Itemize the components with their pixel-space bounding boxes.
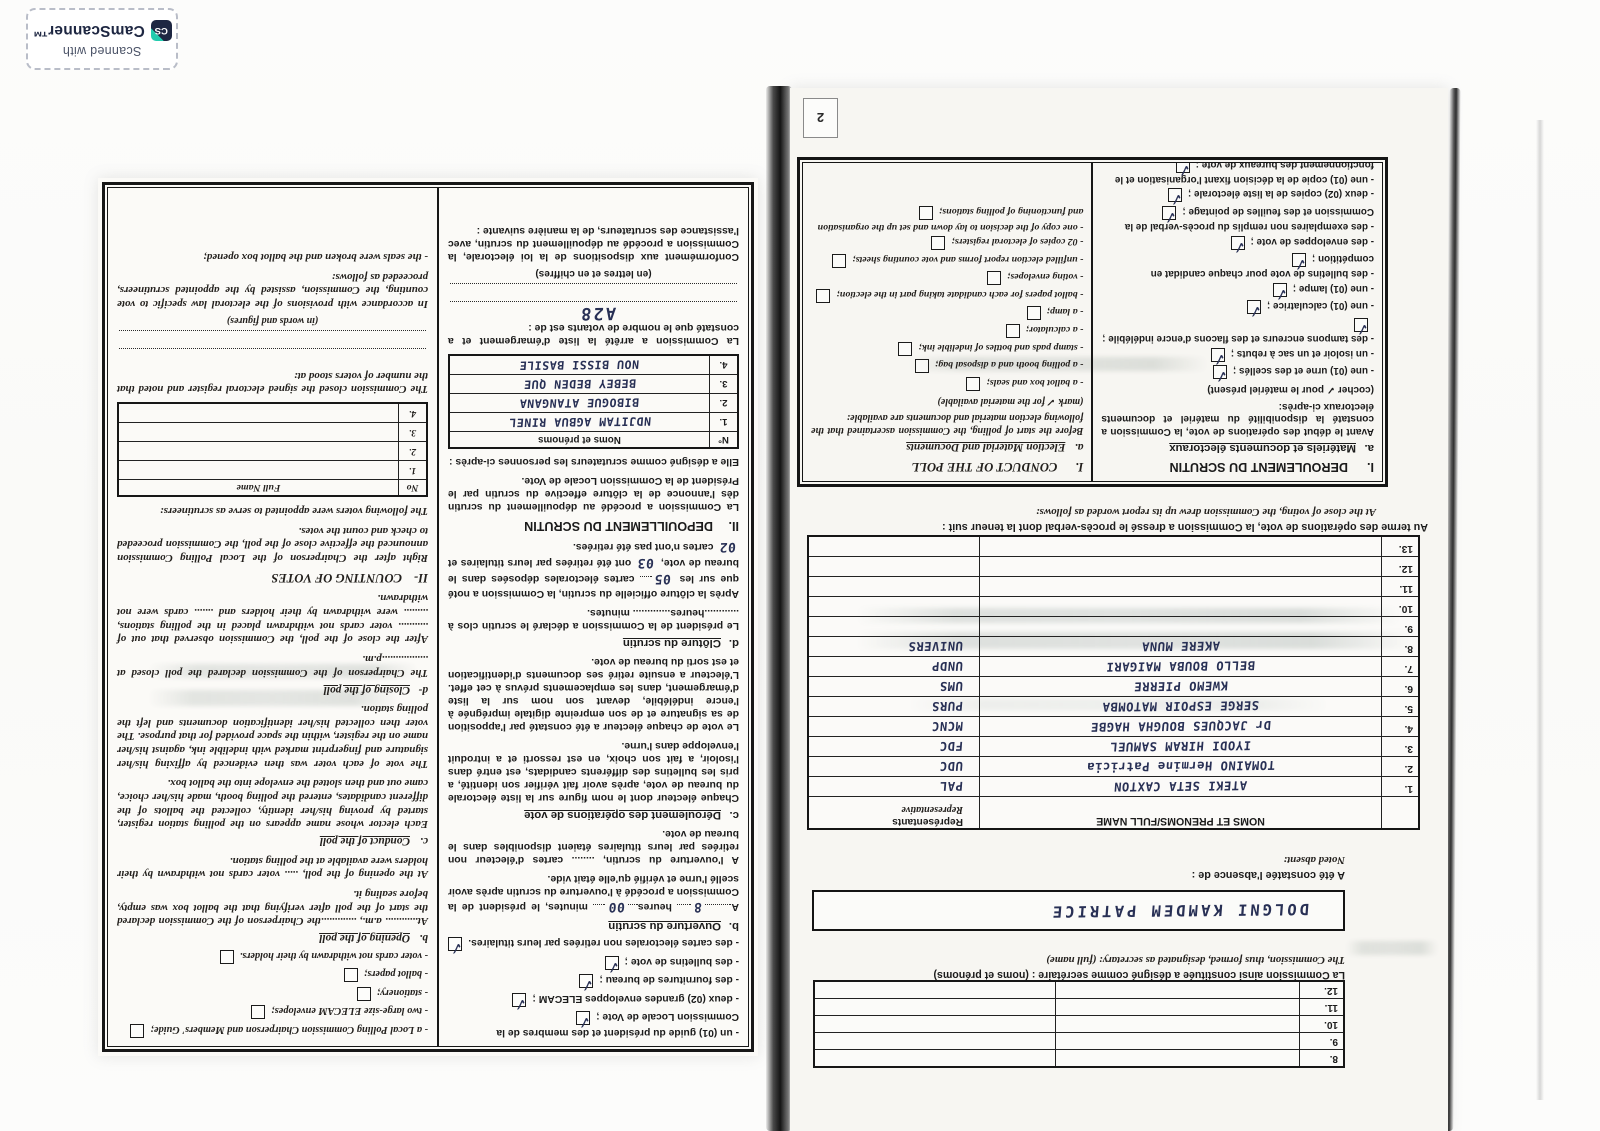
dotted-blank-line xyxy=(450,283,737,297)
section-2-header-fr: II.DEPOUILLEMENT DU SCRUTIN xyxy=(448,519,739,533)
table-row: 1. xyxy=(119,461,426,480)
paragraph: At the opening of the poll, ..... voter … xyxy=(117,853,428,880)
checkbox-checked: ✓ xyxy=(605,956,619,970)
blank xyxy=(593,904,605,914)
watermark-brand: CamScanner™ xyxy=(32,22,144,40)
page-2: 8. 9. 10. 11. 12. La Commission ainsi co… xyxy=(790,88,1448,1131)
blank xyxy=(640,576,652,586)
checkbox-empty xyxy=(915,359,929,373)
table-row: 13. xyxy=(809,537,1418,557)
checkbox-empty xyxy=(919,207,933,221)
item-label: - des enveloppes de vote ; xyxy=(1251,236,1374,247)
checkbox-empty xyxy=(1006,324,1020,338)
handwritten-party: FDC xyxy=(939,737,964,754)
tick-icon: ✓ xyxy=(1292,254,1309,276)
secretary-line-en: The Commission, thus formed, designated … xyxy=(800,954,1345,966)
item-label: - des bulletins de vote pour chaque cand… xyxy=(1151,253,1374,279)
table-row: 3. xyxy=(119,423,426,442)
paragraph: Conformément aux dispositions de la loi … xyxy=(448,224,739,263)
mark-note-fr: (cocher ✓ pour le matériel présent) xyxy=(1101,384,1374,395)
paragraph: Le président de la Commission a déclaré … xyxy=(448,606,739,632)
paragraph: Right after the Chairperson of the Local… xyxy=(117,523,428,564)
page-3: - un (01) guide du président et des memb… xyxy=(98,178,758,1056)
checkbox-checked: ✓ xyxy=(1247,300,1261,314)
item-label: - des bulletins de vote ; xyxy=(625,956,739,967)
handwritten-party: PURS xyxy=(931,697,964,714)
table-row: 1.NDJITAM AGBUA RINEL xyxy=(450,413,737,432)
table-row: 5.SERGE ESPOIR MATOMBAPURS xyxy=(809,697,1418,717)
tick-icon: ✓ xyxy=(576,1012,593,1034)
handwritten-name: NDJITAM AGBUA RINEL xyxy=(508,414,651,429)
page3-french-column: - un (01) guide du président et des memb… xyxy=(437,188,748,1046)
item-label: - deux (02) copies de la liste électoral… xyxy=(1188,188,1374,199)
blank xyxy=(677,904,691,914)
checkbox-checked: ✓ xyxy=(1211,348,1225,362)
item-label: - stamp pads and bottles of indelible in… xyxy=(918,342,1083,353)
paragraph: The following voters were appointed to s… xyxy=(117,503,428,517)
handwritten-03: 03 xyxy=(637,554,655,570)
table-row: 2.TOMAINO Hermine PatriciaUDC xyxy=(809,757,1418,777)
section1-french-column: I.DEROULEMENT DU SCRUTIN a.Matériels et … xyxy=(1091,163,1382,481)
paragraph: La Commission a procédé au dépouillement… xyxy=(448,474,739,513)
checkbox-item: - 02 copies of electoral registers; xyxy=(811,235,1083,250)
tick-icon: ✓ xyxy=(605,956,622,978)
checkbox-item: - a lamp; xyxy=(811,305,1083,320)
column-header-representative: Représentants Representative xyxy=(809,797,979,828)
checkbox-item: - des tampons encreurs et des flacons d'… xyxy=(1101,317,1374,344)
checkbox-item: - des exemplaires non remplis du procès-… xyxy=(1101,205,1374,232)
table-row: 12. xyxy=(815,982,1343,999)
checkbox-item: - voting envelopes; xyxy=(811,270,1083,285)
dotted-blank-line: A28 xyxy=(450,301,737,315)
report-intro-en: At the close of voting, the Commission d… xyxy=(816,506,1376,518)
checkbox-empty xyxy=(357,987,371,1001)
item-label: - a ballot box and seals; xyxy=(987,377,1084,388)
paper-edge-shadow xyxy=(1536,120,1544,1100)
checkbox-item: - two large-size ELECAM envelopes; xyxy=(117,1004,428,1020)
checkbox-empty xyxy=(987,271,1001,285)
paragraph: Le vote de chaque électeur a été constat… xyxy=(448,655,739,733)
page3-english-column: - a Local Polling Commission Chairperson… xyxy=(108,188,437,1046)
dotted-blank-line xyxy=(119,348,426,362)
mark-note-en: (mark ✓ for the material available) xyxy=(811,396,1083,407)
checkbox-empty xyxy=(832,254,846,268)
paragraph: At............ a.m., .............the Ch… xyxy=(117,886,428,927)
checkbox-checked: ✓ xyxy=(1168,188,1182,202)
table-row: 4. xyxy=(119,404,426,423)
handwritten-name: SERGE ESPOIR MATOMBA xyxy=(1101,696,1259,715)
page-fold-shadow xyxy=(766,86,792,1131)
table-row: 9. xyxy=(809,617,1418,637)
page-number: 2 xyxy=(803,98,838,138)
handwritten-secretary-name: DOLGNI KAMDEM PATRICE xyxy=(1048,889,1344,930)
paragraph: La Commission a arrêté la liste d'émarge… xyxy=(448,321,739,347)
item-label: - des cartes électorales non retirées pa… xyxy=(468,937,739,948)
table-row: 8. xyxy=(815,1050,1343,1066)
paragraph: Elle a désigné comme scrutateurs les per… xyxy=(448,455,739,468)
handwritten-voter-count: A28 xyxy=(579,303,617,323)
table-row: 11. xyxy=(815,999,1343,1016)
table-row: 2.BIBOGUE ATANGANA xyxy=(450,394,737,413)
table-row: 4.NOU BISSI BASILE xyxy=(450,356,737,375)
item-label: - voting envelopes; xyxy=(1007,271,1083,282)
handwritten-name: Dr JACQUES BOUGHA HAGBE xyxy=(1090,716,1272,735)
item-label: - unfilled election report forms and vot… xyxy=(852,254,1083,265)
checkbox-empty xyxy=(130,1024,144,1038)
paragraph: A l'ouverture du scrutin, ........ carte… xyxy=(448,827,739,866)
table-row: 11. xyxy=(809,577,1418,597)
paragraph: Before the start of polling, the Commiss… xyxy=(811,411,1083,436)
table-row: 10. xyxy=(809,597,1418,617)
item-label: - 02 copies of electoral registers; xyxy=(951,236,1083,247)
checkbox-item: - unfilled election report forms and vot… xyxy=(811,253,1083,268)
checkbox-item: - une (01) lampe ;✓ xyxy=(1101,282,1374,297)
checkbox-checked: ✓ xyxy=(576,1011,590,1025)
handwritten-name: BIBOGUE ATANGANA xyxy=(519,395,640,410)
tick-icon: ✓ xyxy=(579,975,596,997)
commission-members-table: 8. 9. 10. 11. 12. xyxy=(813,980,1345,1068)
item-label: - a polling booth and a disposal bag; xyxy=(935,359,1083,370)
paragraph: - the seals were broken and the ballot b… xyxy=(117,250,428,264)
handwritten-party: MCNC xyxy=(931,717,964,734)
handwritten-name: BEBEY BEDEN QUE xyxy=(523,376,636,391)
tick-icon: ✓ xyxy=(1168,189,1185,211)
paragraph: Avant le début des opérations de vote, l… xyxy=(1101,399,1374,437)
checkbox-checked: ✓ xyxy=(579,974,593,988)
paragraph: In accordance with provisions of the ele… xyxy=(117,269,428,310)
secretary-name-box: DOLGNI KAMDEM PATRICE xyxy=(812,890,1345,931)
item-label: - deux (02) grandes enveloppes ELECAM ; xyxy=(532,993,739,1004)
paragraph: The Commission closed the signed elector… xyxy=(117,368,428,395)
section-1a-header-fr: a.Matériels et documents électoraux xyxy=(1101,442,1374,454)
checkbox-item: - stamp pads and bottles of indelible in… xyxy=(811,341,1083,356)
tick-icon: ✓ xyxy=(1273,283,1290,305)
camscanner-watermark: Scanned with CS CamScanner™ xyxy=(26,8,178,70)
table-row: 6.KWEMO PIERREUMS xyxy=(809,677,1418,697)
tick-icon: ✓ xyxy=(1211,348,1228,370)
table-row: 4.Dr JACQUES BOUGHA HAGBEMCNC xyxy=(809,717,1418,737)
checkbox-empty xyxy=(220,950,234,964)
tick-icon: ✓ xyxy=(448,938,465,960)
handwritten-name: TOMAINO Hermine Patricia xyxy=(1086,756,1276,775)
item-label: - ballot papers for each candidate takin… xyxy=(836,289,1083,300)
table-row: 12. xyxy=(809,557,1418,577)
item-label: - des tampons encreurs et des flacons d'… xyxy=(1102,333,1374,344)
item-label: - un (01) guide du président et des memb… xyxy=(496,1011,739,1038)
item-label: - two large-size ELECAM envelopes; xyxy=(271,1005,428,1016)
checkbox-checked: ✓ xyxy=(1231,236,1245,250)
secretary-line-fr: La Commission ainsi constituée a désigné… xyxy=(800,969,1345,981)
checkbox-checked: ✓ xyxy=(1176,163,1190,173)
item-label: - des fournitures de bureau ; xyxy=(599,974,739,985)
scrutineers-table-en: NoFull Name 1. 2. 3. 4. xyxy=(117,402,428,497)
note: (in words and figures) xyxy=(117,315,428,326)
item-label: - stationery; xyxy=(377,987,428,998)
checkbox-empty xyxy=(967,377,981,391)
scrutineers-table-fr: N°Noms et prénoms 1.NDJITAM AGBUA RINEL … xyxy=(448,354,739,449)
checkbox-item: - une (01) copie de la décision fixant l… xyxy=(1101,163,1374,185)
paragraph: Each elector whose name appears on the p… xyxy=(117,776,428,831)
tick-icon: ✓ xyxy=(512,993,529,1015)
checkbox-item: - deux (02) copies de la liste électoral… xyxy=(1101,187,1374,202)
tick-icon: ✓ xyxy=(1176,163,1193,181)
handwritten-party: UDC xyxy=(939,757,964,774)
checkbox-checked: ✓ xyxy=(1292,253,1306,267)
handwritten-name: BELLO BOUBA MAIGARI xyxy=(1105,656,1255,675)
section1-english-column: I.CONDUCT OF THE POLL a.Election Materia… xyxy=(803,163,1091,481)
checkbox-item: - stationery; xyxy=(117,985,428,1001)
section-c-header-en: c.Conduct of the poll xyxy=(117,835,428,847)
handwritten-name: IYODI HIRAM SAMUEL xyxy=(1109,736,1252,754)
checkbox-item: - voter cards not withdrawn by their hol… xyxy=(117,948,428,964)
checkbox-item: - des bulletins de vote ;✓ xyxy=(448,954,739,970)
checkbox-item: - a calculator; xyxy=(811,323,1083,338)
checkbox-item: - a Local Polling Commission Chairperson… xyxy=(117,1022,428,1038)
checkbox-item: - one copy of the decision to lay down a… xyxy=(811,205,1083,232)
table-row: 7.BELLO BOUBA MAIGARIUNDP xyxy=(809,657,1418,677)
blank xyxy=(628,904,638,914)
handwritten-name: ATEKI SETA CAXTON xyxy=(1113,776,1248,794)
section-c-header-fr: c.Déroulement des opérations de vote xyxy=(448,809,739,821)
checkbox-item: - un isoloir et un sac à rebuts ;✓ xyxy=(1101,347,1374,362)
tick-icon: ✓ xyxy=(1354,318,1371,340)
handwritten-party: PAL xyxy=(939,777,964,794)
section-1-header-en: I.CONDUCT OF THE POLL xyxy=(811,459,1083,474)
column-header-fullname: NOMS ET PRENOMS/FULL NAME xyxy=(979,797,1381,828)
table-row: 10. xyxy=(815,1016,1343,1033)
section-d-header-en: d-Closing of the poll xyxy=(117,684,428,696)
paragraph: The Chairperson of the Commission declar… xyxy=(117,651,428,678)
handwritten-party: UNIVERS xyxy=(907,637,963,655)
page-3-border: - un (01) guide du président et des memb… xyxy=(102,182,754,1052)
table-row: 3.IYODI HIRAM SAMUELFDC xyxy=(809,737,1418,757)
checkbox-checked: ✓ xyxy=(1354,318,1368,332)
item-label: - une (01) copie de la décision fixant l… xyxy=(1115,163,1374,185)
checkbox-item: - des cartes électorales non retirées pa… xyxy=(448,936,739,952)
checkbox-empty xyxy=(816,289,830,303)
section-1a-header-en: a.Election Material and Documents xyxy=(811,441,1083,453)
table-header-row: NOMS ET PRENOMS/FULL NAME Représentants … xyxy=(809,797,1418,828)
checkbox-item: - des enveloppes de vote ;✓ xyxy=(1101,234,1374,249)
checkbox-empty xyxy=(898,342,912,356)
handwritten-name: KWEMO PIERRE xyxy=(1133,677,1228,695)
paragraph: The vote of each voter was then evidence… xyxy=(117,702,428,770)
absent-line-en: Noted absent: xyxy=(945,854,1345,866)
table-header-row: NoFull Name xyxy=(119,480,426,495)
tick-icon: ✓ xyxy=(1247,301,1264,323)
section-1-header-fr: I.DEROULEMENT DU SCRUTIN xyxy=(1101,460,1374,474)
camscanner-logo-icon: CS xyxy=(151,20,172,41)
table-row: 3.BEBEY BEDEN QUE xyxy=(450,375,737,394)
item-label: - voter cards not withdrawn by their hol… xyxy=(240,950,428,961)
table-row: 8.AKERE MUNAUNIVERS xyxy=(809,637,1418,657)
paragraph: Après la clôture officielle du scrutin, … xyxy=(448,539,739,601)
tick-icon: ✓ xyxy=(1231,236,1248,258)
handwritten-02: 02 xyxy=(719,538,737,554)
checkbox-item: - une (01) urne et des scellés ;✓ xyxy=(1101,364,1374,379)
item-label: - un isoloir et un sac à rebuts ; xyxy=(1231,348,1374,359)
checkbox-item: - des fournitures de bureau ;✓ xyxy=(448,973,739,989)
item-label: - une (01) lampe ; xyxy=(1293,283,1374,294)
checkbox-empty xyxy=(1027,306,1041,320)
section-b-header-en: b.Opening of the poll xyxy=(117,932,428,944)
section-2-header-en: II-COUNTING OF VOTES xyxy=(117,570,428,585)
handwritten-hour: 8 xyxy=(694,897,704,913)
item-label: - une (01) urne et des scellés ; xyxy=(1233,365,1374,376)
item-label: - a lamp; xyxy=(1047,306,1084,317)
table-header-row: N°Noms et prénoms xyxy=(450,432,737,447)
section-d-header-fr: d.Clôture du scrutin xyxy=(448,637,739,649)
blank xyxy=(705,904,731,914)
handwritten-party: UMS xyxy=(939,677,964,694)
checkbox-checked: ✓ xyxy=(1273,283,1287,297)
paragraph: A8 heures00 minutes, le président de la … xyxy=(448,872,739,914)
item-label: - one copy of the decision to lay down a… xyxy=(818,207,1084,233)
checkbox-item: - un (01) guide du président et des memb… xyxy=(448,1010,739,1038)
item-label: - a calculator; xyxy=(1026,324,1084,335)
item-label: - a Local Polling Commission Chairperson… xyxy=(150,1024,427,1035)
checkbox-item: - ballot papers; xyxy=(117,967,428,983)
report-intro-fr: Au terme des opérations de vote, la Comm… xyxy=(822,521,1428,533)
absent-line-fr: A été constatée l'absence de : xyxy=(945,869,1345,881)
handwritten-05: 05 xyxy=(654,570,672,586)
checkbox-checked: ✓ xyxy=(512,993,526,1007)
handwritten-party: UNDP xyxy=(931,657,964,674)
section-b-header-fr: b.Ouverture du scrutin xyxy=(448,920,739,932)
note: (en lettres et en chiffres) xyxy=(448,268,739,279)
scanned-document-canvas: - un (01) guide du président et des memb… xyxy=(0,0,1600,1131)
dotted-blank-line xyxy=(119,330,426,344)
checkbox-item: - une (01) calculatrice ;✓ xyxy=(1101,299,1374,314)
section-1-box: I.DEROULEMENT DU SCRUTIN a.Matériels et … xyxy=(797,157,1388,487)
table-row: 1.ATEKI SETA CAXTONPAL xyxy=(809,777,1418,797)
paragraph: Chaque électeur dont le nom figure sur l… xyxy=(448,739,739,804)
checkbox-checked: ✓ xyxy=(448,937,462,951)
checkbox-empty xyxy=(344,968,358,982)
checkbox-empty xyxy=(251,1005,265,1019)
checkbox-empty xyxy=(931,236,945,250)
watermark-scanned-with: Scanned with xyxy=(63,44,142,58)
checkbox-item: - ballot papers for each candidate takin… xyxy=(811,288,1083,303)
representatives-table: NOMS ET PRENOMS/FULL NAME Représentants … xyxy=(807,535,1420,830)
paragraph: After the close of the poll, the Commiss… xyxy=(117,591,428,646)
handwritten-minute: 00 xyxy=(608,897,626,913)
checkbox-item: - a ballot box and seals; xyxy=(811,376,1083,391)
checkbox-item: - a polling booth and a disposal bag; xyxy=(811,358,1083,373)
handwritten-name: AKERE MUNA xyxy=(1141,637,1221,655)
handwritten-name: NOU BISSI BASILE xyxy=(519,357,640,372)
bleed-through-smudge xyxy=(1346,941,1438,955)
table-row: 9. xyxy=(815,1033,1343,1050)
table-row: 2. xyxy=(119,442,426,461)
item-label: - ballot papers; xyxy=(364,968,428,979)
